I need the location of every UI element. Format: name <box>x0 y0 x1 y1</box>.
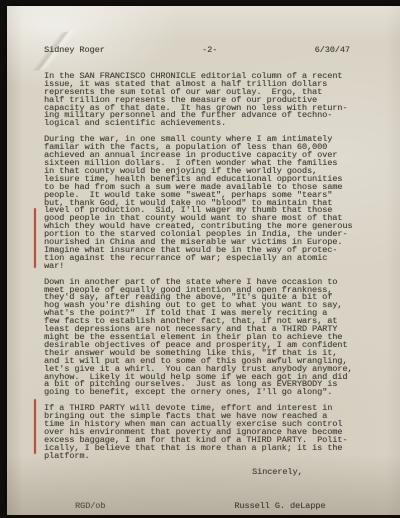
paragraph-3: Down in another part of the state where … <box>44 279 366 398</box>
paragraph-2: During the war, in one small county wher… <box>44 136 366 270</box>
letter-page: Sidney Roger -2- 6/30/47 In the SAN FRAN… <box>7 6 400 515</box>
letter-header: Sidney Roger -2- 6/30/47 <box>44 47 366 55</box>
closing-salutation: Sincerely, <box>252 469 366 477</box>
paragraph-4: If a THIRD PARTY will devote time, effor… <box>44 405 366 460</box>
recipient-name: Sidney Roger <box>44 47 105 55</box>
signature-row: RGD/ob Russell G. deLappe <box>44 503 366 511</box>
paragraph-1: In the SAN FRANCISCO CHRONICLE editorial… <box>44 73 366 128</box>
letter-date: 6/30/47 <box>315 47 350 55</box>
page-number: -2- <box>202 47 217 55</box>
scanned-letter-photo: Sidney Roger -2- 6/30/47 In the SAN FRAN… <box>0 0 400 518</box>
red-margin-mark-2 <box>34 399 36 454</box>
red-margin-mark-1 <box>34 208 36 268</box>
typist-initials: RGD/ob <box>75 503 105 511</box>
signer-name: Russell G. deLappe <box>234 503 325 511</box>
letter-content: Sidney Roger -2- 6/30/47 In the SAN FRAN… <box>44 47 366 510</box>
